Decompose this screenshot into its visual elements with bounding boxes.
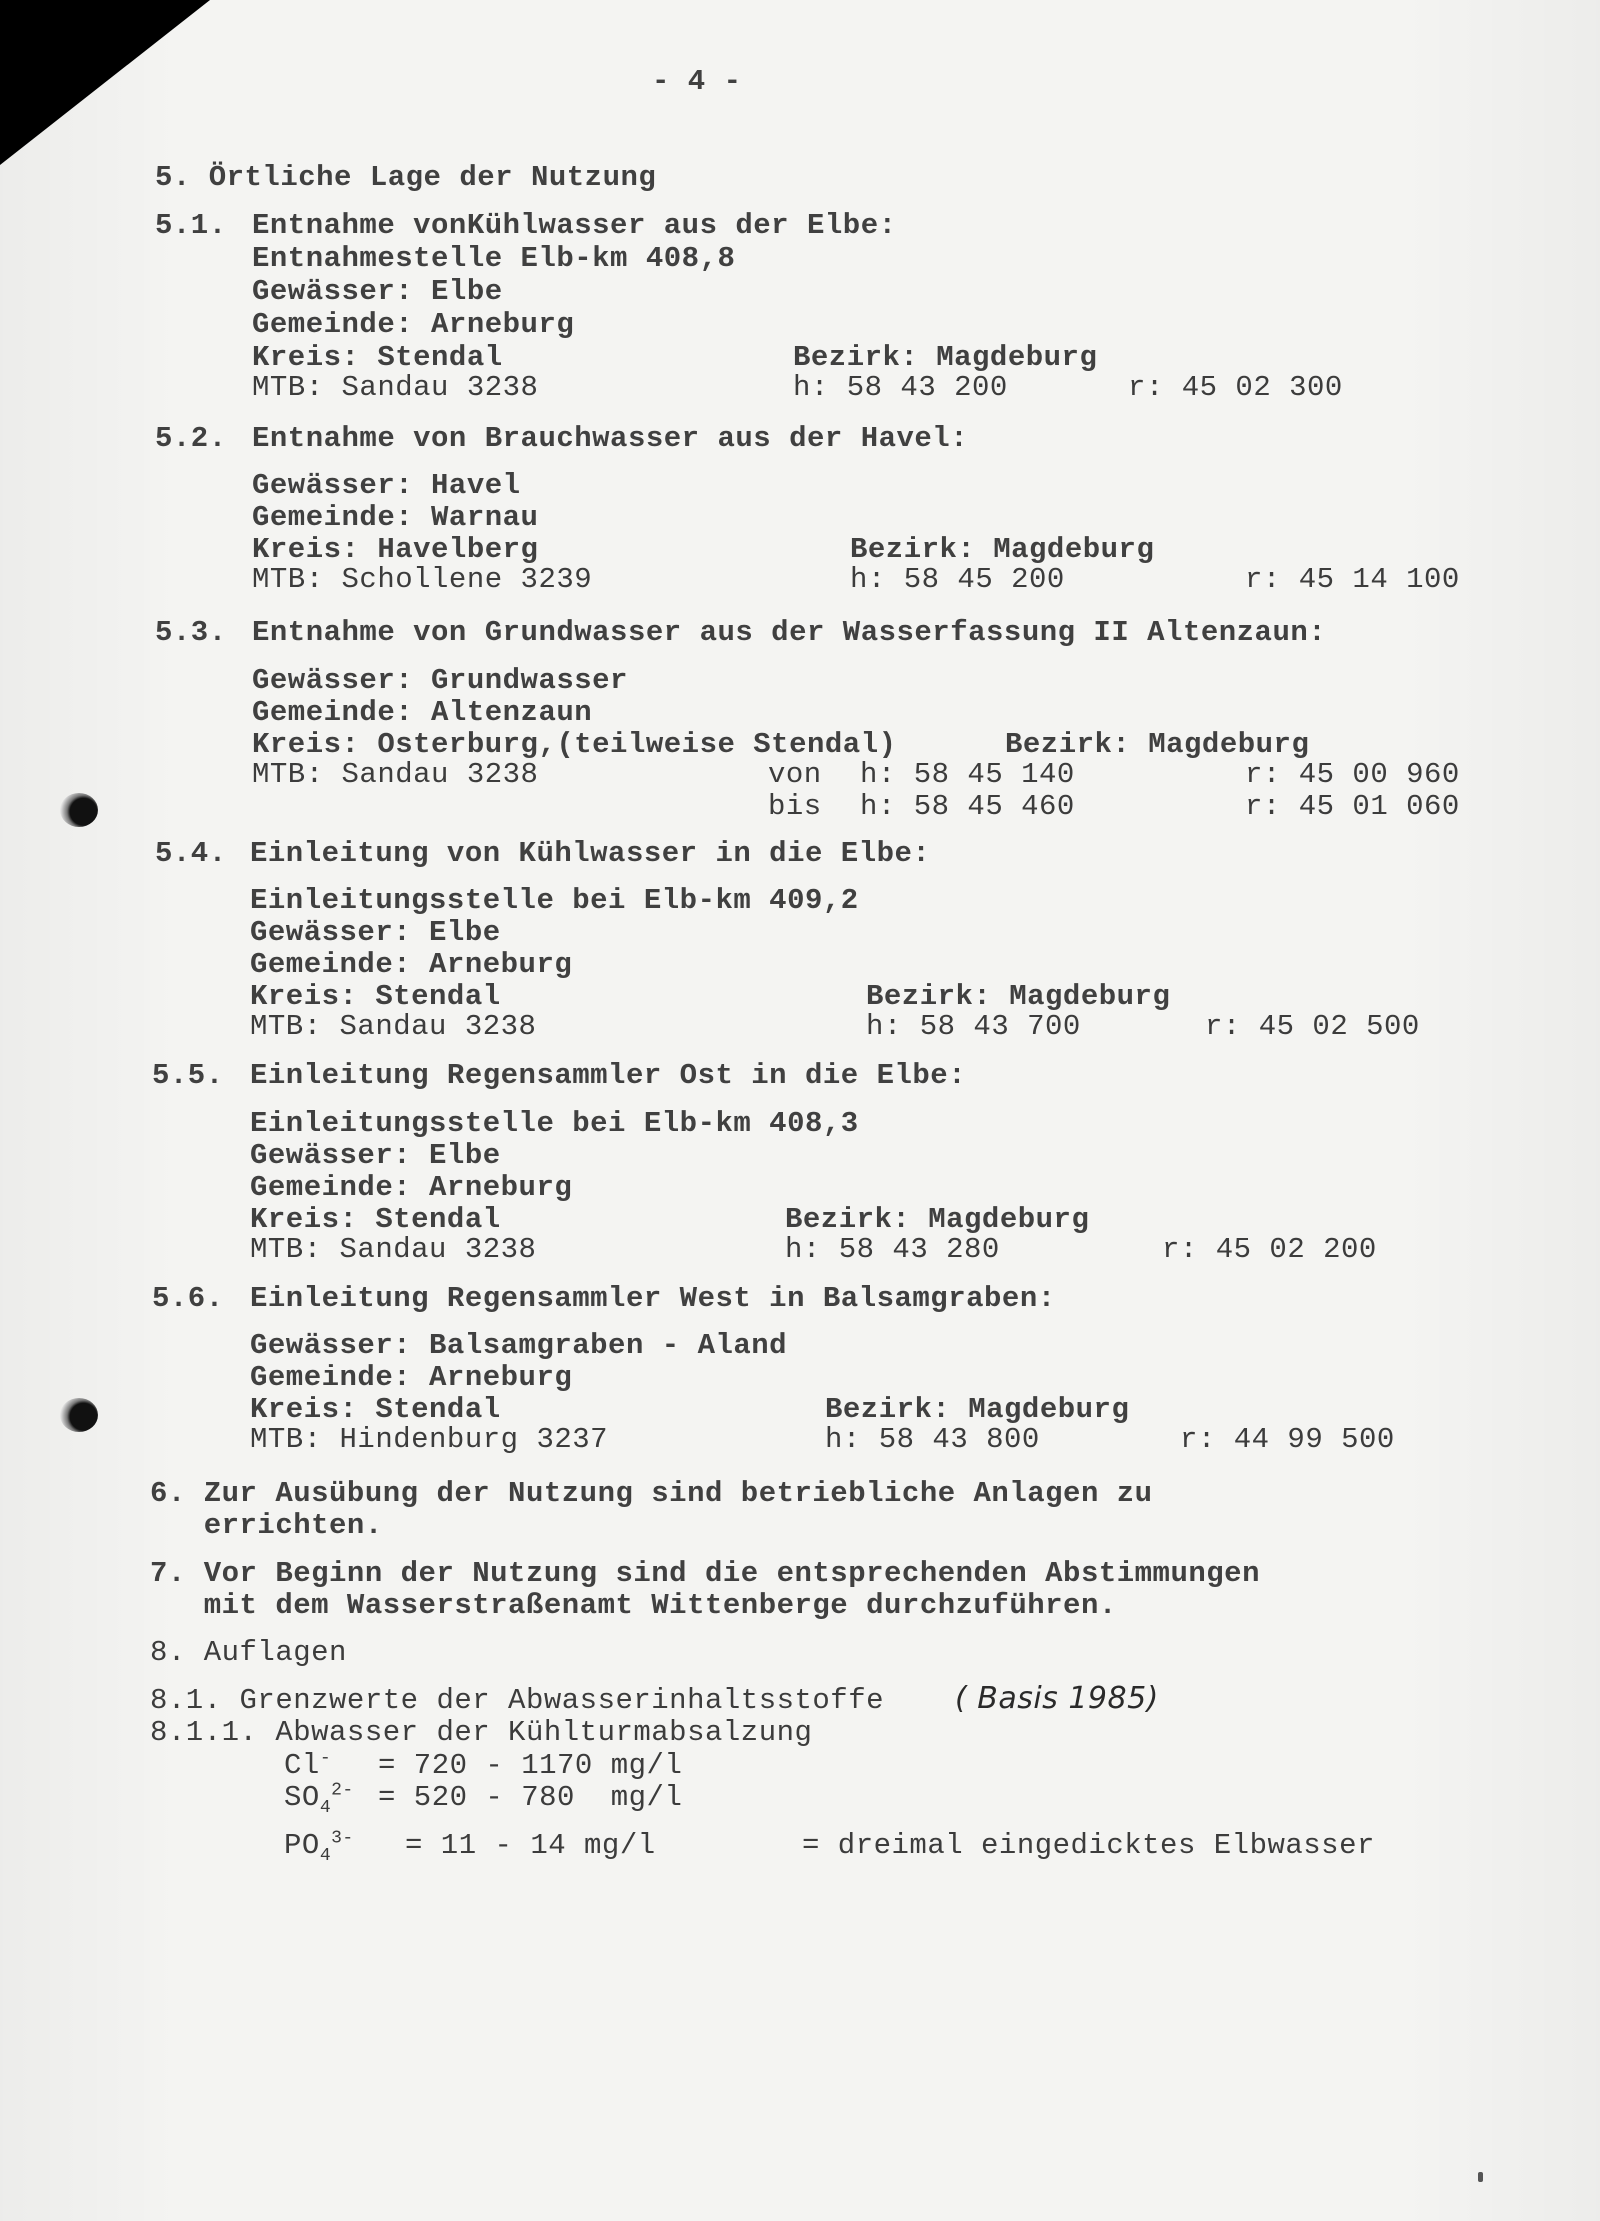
mtb-field: MTB: Sandau 3238: [250, 1234, 536, 1266]
bezirk-field: Bezirk: Magdeburg: [793, 342, 1097, 374]
section-title: Einleitung Regensammler West in Balsamgr…: [250, 1283, 1056, 1315]
h-coordinate: h: 58 43 280: [785, 1234, 1000, 1266]
bis-label: bis: [768, 791, 822, 823]
punch-hole-icon: [60, 1398, 98, 1432]
formula-sulfate: SO42-: [284, 1782, 354, 1814]
r-coordinate-bis: r: 45 01 060: [1245, 791, 1460, 823]
h-coordinate-bis: h: 58 45 460: [860, 791, 1075, 823]
formula: Cl: [284, 1749, 320, 1782]
limit-value: = 11 - 14 mg/l: [405, 1830, 656, 1862]
h-coordinate: h: 58 43 700: [866, 1011, 1081, 1043]
punch-hole-icon: [60, 793, 98, 827]
section-title: Einleitung von Kühlwasser in die Elbe:: [250, 838, 930, 870]
limit-note: = dreimal eingedicktes Elbwasser: [802, 1830, 1375, 1862]
section-8-1-title: 8.1. Grenzwerte der Abwasserinhaltsstoff…: [150, 1685, 884, 1717]
gemeinde-field: Gemeinde: Arneburg: [250, 949, 572, 981]
section-7-line-2: mit dem Wasserstraßenamt Wittenberge dur…: [150, 1590, 1117, 1622]
gewaesser-field: Gewässer: Balsamgraben - Aland: [250, 1330, 787, 1362]
bezirk-field: Bezirk: Magdeburg: [866, 981, 1170, 1013]
section-number: 5.5.: [152, 1060, 224, 1092]
limit-value: = 520 - 780 mg/l: [378, 1782, 682, 1814]
section-8-heading: 8. Auflagen: [150, 1637, 347, 1669]
mtb-field: MTB: Hindenburg 3237: [250, 1424, 608, 1456]
location-field: Einleitungsstelle bei Elb-km 408,3: [250, 1108, 859, 1140]
gemeinde-field: Gemeinde: Arneburg: [250, 1172, 572, 1204]
formula: PO: [284, 1829, 320, 1862]
r-coordinate: r: 44 99 500: [1180, 1424, 1395, 1456]
section-title: Einleitung Regensammler Ost in die Elbe:: [250, 1060, 966, 1092]
gemeinde-field: Gemeinde: Warnau: [252, 502, 538, 534]
kreis-field: Kreis: Stendal: [250, 1394, 501, 1426]
document-page: - 4 - 5. Örtliche Lage der Nutzung 5.1. …: [0, 0, 1600, 2221]
section-8-1-1-title: 8.1.1. Abwasser der Kühlturmabsalzung: [150, 1717, 812, 1749]
kreis-field: Kreis: Osterburg,(teilweise Stendal): [252, 729, 897, 761]
bezirk-field: Bezirk: Magdeburg: [1005, 729, 1309, 761]
r-coordinate: r: 45 02 300: [1128, 372, 1343, 404]
gemeinde-field: Gemeinde: Arneburg: [252, 309, 574, 341]
section-number: 5.1.: [155, 210, 227, 242]
scan-corner-shadow: [0, 0, 210, 165]
section-title: Entnahme von Grundwasser aus der Wasserf…: [252, 617, 1326, 649]
h-coordinate: h: 58 43 200: [793, 372, 1008, 404]
section-number: 5.4.: [155, 838, 227, 870]
formula: SO: [284, 1781, 320, 1814]
section-5-heading: 5. Örtliche Lage der Nutzung: [155, 162, 656, 194]
formula-chloride: Cl-: [284, 1750, 331, 1782]
formula-index: 4: [320, 1798, 331, 1818]
h-coordinate: h: 58 45 200: [850, 564, 1065, 596]
r-coordinate: r: 45 02 500: [1205, 1011, 1420, 1043]
h-coordinate: h: 58 43 800: [825, 1424, 1040, 1456]
gemeinde-field: Gemeinde: Altenzaun: [252, 697, 592, 729]
bezirk-field: Bezirk: Magdeburg: [785, 1204, 1089, 1236]
scan-speck: [1478, 2172, 1483, 2182]
mtb-field: MTB: Sandau 3238: [252, 759, 538, 791]
gewaesser-field: Gewässer: Elbe: [250, 917, 501, 949]
location-field: Entnahmestelle Elb-km 408,8: [252, 243, 735, 275]
section-number: 5.3.: [155, 617, 227, 649]
gewaesser-field: Gewässer: Elbe: [252, 276, 503, 308]
r-coordinate-von: r: 45 00 960: [1245, 759, 1460, 791]
formula-charge: 3-: [331, 1828, 354, 1848]
section-number: 5.6.: [152, 1283, 224, 1315]
section-6-line-1: 6. Zur Ausübung der Nutzung sind betrieb…: [150, 1478, 1153, 1510]
bezirk-field: Bezirk: Magdeburg: [825, 1394, 1129, 1426]
formula-charge: -: [320, 1748, 331, 1768]
gewaesser-field: Gewässer: Havel: [252, 470, 521, 502]
kreis-field: Kreis: Stendal: [250, 981, 501, 1013]
r-coordinate: r: 45 02 200: [1162, 1234, 1377, 1266]
page-number: - 4 -: [652, 66, 742, 98]
gemeinde-field: Gemeinde: Arneburg: [250, 1362, 572, 1394]
bezirk-field: Bezirk: Magdeburg: [850, 534, 1154, 566]
section-title: Entnahme vonKühlwasser aus der Elbe:: [252, 210, 897, 242]
gewaesser-field: Gewässer: Elbe: [250, 1140, 501, 1172]
kreis-field: Kreis: Stendal: [250, 1204, 501, 1236]
kreis-field: Kreis: Havelberg: [252, 534, 538, 566]
mtb-field: MTB: Sandau 3238: [250, 1011, 536, 1043]
section-number: 5.2.: [155, 423, 227, 455]
section-title: Entnahme von Brauchwasser aus der Havel:: [252, 423, 968, 455]
kreis-field: Kreis: Stendal: [252, 342, 503, 374]
section-7-line-1: 7. Vor Beginn der Nutzung sind die entsp…: [150, 1558, 1260, 1590]
limit-value: = 720 - 1170 mg/l: [378, 1750, 682, 1782]
formula-index: 4: [320, 1846, 331, 1866]
section-6-line-2: errichten.: [150, 1510, 383, 1542]
mtb-field: MTB: Sandau 3238: [252, 372, 538, 404]
formula-phosphate: PO43-: [284, 1830, 354, 1862]
r-coordinate: r: 45 14 100: [1245, 564, 1460, 596]
von-label: von: [768, 759, 822, 791]
gewaesser-field: Gewässer: Grundwasser: [252, 665, 628, 697]
location-field: Einleitungsstelle bei Elb-km 409,2: [250, 885, 859, 917]
formula-charge: 2-: [331, 1780, 354, 1800]
mtb-field: MTB: Schollene 3239: [252, 564, 592, 596]
handwritten-note: ( Basis 1985): [955, 1683, 1159, 1715]
h-coordinate-von: h: 58 45 140: [860, 759, 1075, 791]
